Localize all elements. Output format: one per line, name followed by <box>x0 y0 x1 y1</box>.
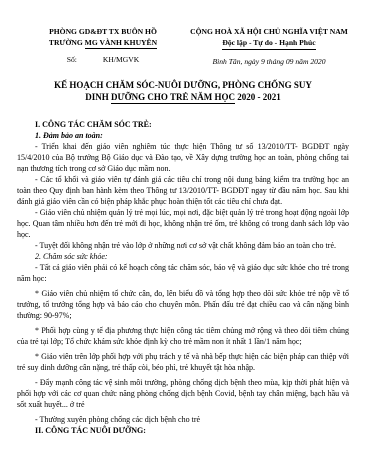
paragraph: - Đẩy mạnh công tác vệ sinh môi trường, … <box>17 377 349 410</box>
national-title: CỘNG HOÀ XÃ HỘI CHỦ NGHĨA VIỆT NAM <box>189 26 349 37</box>
paragraph: * Giáo viên chủ nhiệm tổ chức cân, đo, l… <box>17 288 349 321</box>
document-body: I. CÔNG TÁC CHĂM SÓC TRẺ:1. Đảm bảo an t… <box>17 119 349 436</box>
document-header: PHÒNG GD&ĐT TX BUÔN HỒ TRƯỜNG MG VÀNH KH… <box>17 26 349 66</box>
paragraph: - Thường xuyên phòng chống các dịch bệnh… <box>17 414 349 425</box>
department-name: PHÒNG GD&ĐT TX BUÔN HỒ <box>17 26 189 37</box>
document-page: PHÒNG GD&ĐT TX BUÔN HỒ TRƯỜNG MG VÀNH KH… <box>0 0 366 436</box>
document-number-label: Số: <box>67 55 77 64</box>
paragraph: - Tuyệt đối không nhận trẻ vào lớp ở nhữ… <box>17 240 349 251</box>
paragraph: 2. Chăm sóc sức khỏe: <box>17 251 349 262</box>
paragraph: - Tất cả giáo viên phải có kế hoạch công… <box>17 262 349 284</box>
document-number: Số: KH/MGVK <box>17 55 189 64</box>
page-title: KẾ HOẠCH CHĂM SÓC-NUÔI DƯỠNG, PHÒNG CHỐN… <box>17 80 349 103</box>
paragraph: - Các tổ khối và giáo viên tự đánh giá c… <box>17 174 349 207</box>
paragraph: - Giáo viên chủ nhiệm quản lý trẻ mọi lú… <box>17 207 349 240</box>
paragraph: - Triển khai đến giáo viên nghiêm túc th… <box>17 141 349 174</box>
date-line: Bình Tân, ngày 9 tháng 09 năm 2020 <box>189 57 349 66</box>
page-title-line1: KẾ HOẠCH CHĂM SÓC-NUÔI DƯỠNG, PHÒNG CHỐN… <box>17 80 349 92</box>
page-title-line2: DINH DƯỠNG CHO TRẺ NĂM HỌC 2020 - 2021 <box>17 92 349 104</box>
school-name: TRƯỜNG MG VÀNH KHUYÊN <box>17 37 189 48</box>
issuing-office-block: PHÒNG GD&ĐT TX BUÔN HỒ TRƯỜNG MG VÀNH KH… <box>17 26 189 66</box>
paragraph: II. CÔNG TÁC NUÔI DƯỠNG: <box>17 425 349 436</box>
paragraph: * Giáo viên trên lớp phối hợp với phụ tr… <box>17 351 349 373</box>
paragraph: * Phối hợp cùng y tế địa phương thực hiệ… <box>17 325 349 347</box>
national-motto: Độc lập - Tự do - Hạnh Phúc <box>189 37 349 50</box>
paragraph: I. CÔNG TÁC CHĂM SÓC TRẺ: <box>17 119 349 130</box>
national-header-block: CỘNG HOÀ XÃ HỘI CHỦ NGHĨA VIỆT NAM Độc l… <box>189 26 349 66</box>
document-number-value: KH/MGVK <box>103 55 139 64</box>
paragraph: 1. Đảm bảo an toàn: <box>17 130 349 141</box>
